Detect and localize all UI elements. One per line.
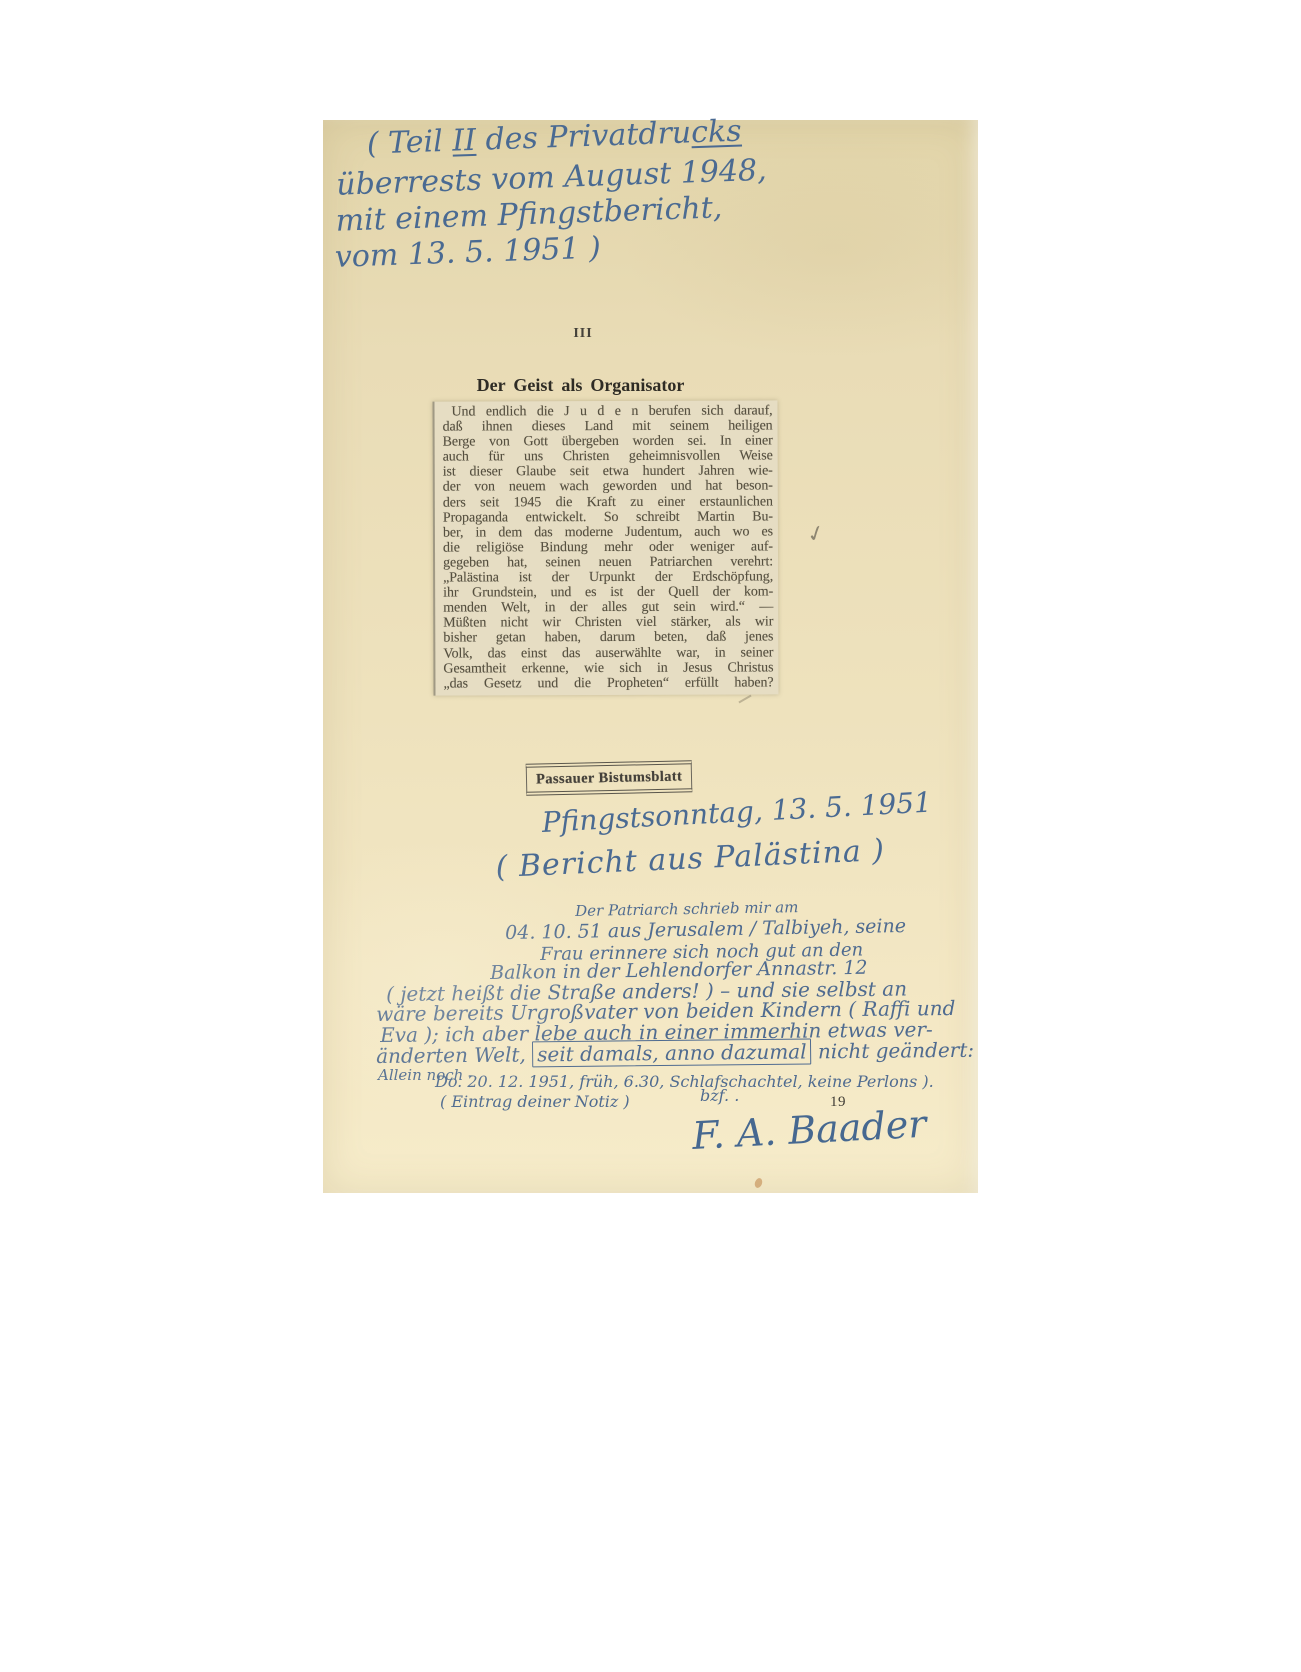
signature: F. A. Baader — [691, 1102, 927, 1158]
source-stamp: Passauer Bistumsblatt — [526, 760, 693, 795]
clipping-text-line: daß ihnen dieses Land mit seinem heilige… — [443, 419, 773, 435]
boxed-phrase: seit damals, anno dazumal — [532, 1038, 812, 1067]
clipping-text-line: menden Welt, in der alles gut sein wird.… — [443, 600, 773, 616]
clipping-title: Der Geist als Organisator — [398, 375, 763, 396]
clipping-text-line: der von neuem wach geworden und hat beso… — [443, 479, 773, 495]
clipping-text-line: ist dieser Glaube seit etwa hundert Jahr… — [443, 464, 773, 480]
handwritten-source: ( Bericht aus Palästina ) — [495, 833, 886, 885]
handwritten-line: änderten Welt, seit damals, anno dazumal… — [376, 1038, 974, 1068]
clipping-text-line: Müßten nicht wir Christen viel stärker, … — [443, 615, 773, 631]
section-number: III — [553, 326, 613, 342]
handwritten-initials: bzf. . — [700, 1086, 739, 1105]
clipping-text-line: ber, in dem das moderne Judentum, auch w… — [443, 524, 773, 540]
handwritten-text: cks — [691, 114, 743, 151]
checkmark-icon: ✓ — [804, 520, 829, 549]
handwritten-header-note: ( Teil II des Privatdrucks überrests vom… — [320, 112, 795, 288]
clipping-text-line: ders seit 1945 die Kraft zu einer erstau… — [443, 494, 773, 510]
clipping-text-line: Propaganda entwickelt. So schreibt Marti… — [443, 509, 773, 525]
handwritten-text: des Privatdru — [475, 115, 691, 157]
scanned-page: ( Teil II des Privatdrucks überrests vom… — [323, 120, 978, 1193]
clipping-text-line: auch für uns Christen geheimnisvollen We… — [443, 449, 773, 465]
paper-stain — [754, 1177, 764, 1189]
clipping-text-line: ihr Grundstein, und es ist der Quell der… — [443, 585, 773, 601]
handwritten-text: nicht geändert: — [811, 1038, 974, 1064]
clipping-text-line: „das Gesetz und die Propheten“ erfüllt h… — [443, 675, 773, 691]
handwritten-text: ( Teil — [366, 124, 453, 162]
handwritten-text: änderten Welt, — [376, 1042, 532, 1068]
roman-numeral: II — [452, 123, 477, 159]
clipping-text-line: „Palästina ist der Urpunkt der Erdschöpf… — [443, 569, 773, 585]
pencil-mark — [738, 695, 751, 704]
handwritten-line: Do. 20. 12. 1951, früh, 6.30, Schlafscha… — [435, 1072, 934, 1091]
clipping-text-line: die religiöse Bindung mehr oder weniger … — [443, 539, 773, 555]
clipping-body: Und endlich die J u d e n berufen sich d… — [442, 403, 773, 691]
clipping-text-line: Volk, das einst das auserwählte war, in … — [443, 645, 773, 661]
clipping-text-line: Berge von Gott übergeben worden sei. In … — [443, 434, 773, 450]
handwritten-line: ( Teil II des Privatdrucks — [366, 114, 742, 162]
newspaper-clipping: Und endlich die J u d e n berufen sich d… — [432, 400, 778, 695]
clipping-text-line: Und endlich die J u d e n berufen sich d… — [442, 403, 772, 419]
clipping-text-line: Gesamtheit erkenne, wie sich in Jesus Ch… — [443, 660, 773, 676]
handwritten-line: ( Eintrag deiner Notiz ) — [440, 1092, 630, 1111]
clipping-text-line: gegeben hat, seinen neuen Patriarchen ve… — [443, 554, 773, 570]
clipping-text-line: bisher getan haben, darum beten, daß jen… — [443, 630, 773, 646]
